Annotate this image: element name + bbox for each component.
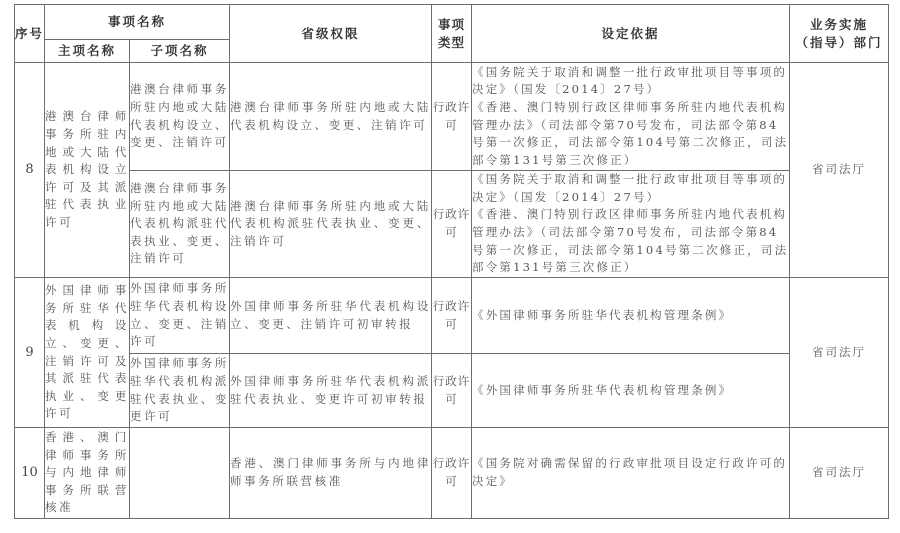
table-row: 港澳台律师事务所驻内地或大陆代表机构派驻代表执业、变更、注销许可 港澳台律师事务… [15, 171, 889, 278]
item-type: 行政许可 [432, 171, 472, 278]
legal-basis: 《外国律师事务所驻华代表机构管理条例》 [472, 354, 790, 428]
col-header-seq: 序号 [15, 5, 45, 63]
item-type: 行政许可 [432, 278, 472, 354]
sub-item-name: 外国律师事务所驻华代表机构设立、变更、注销许可 [130, 278, 230, 354]
legal-basis: 《国务院关于取消和调整一批行政审批项目等事项的决定》（国发〔2014〕27号） … [472, 63, 790, 171]
header-row: 序号 事项名称 省级权限 事项类型 设定依据 业务实施 （指导）部门 [15, 5, 889, 40]
item-type: 行政许可 [432, 428, 472, 519]
main-item-name: 香港、澳门律师事务所与内地律师事务所联营核准 [45, 428, 130, 519]
main-item-name: 港澳台律师事务所驻内地或大陆代表机构设立许可及其派驻代表执业许可 [45, 63, 130, 278]
legal-basis: 《国务院对确需保留的行政审批项目设定行政许可的决定》 [472, 428, 790, 519]
col-header-sub-item: 子项名称 [130, 40, 230, 63]
col-header-provincial-authority: 省级权限 [230, 5, 432, 63]
table-row: 10 香港、澳门律师事务所与内地律师事务所联营核准 香港、澳门律师事务所与内地律… [15, 428, 889, 519]
col-header-item-name: 事项名称 [45, 5, 230, 40]
provincial-authority: 港澳台律师事务所驻内地或大陆代表机构派驻代表执业、变更、注销许可 [230, 171, 432, 278]
legal-basis: 《外国律师事务所驻华代表机构管理条例》 [472, 278, 790, 354]
row-seq: 9 [15, 278, 45, 428]
sub-item-name: 港澳台律师事务所驻内地或大陆代表机构设立、变更、注销许可 [130, 63, 230, 171]
table-row: 8 港澳台律师事务所驻内地或大陆代表机构设立许可及其派驻代表执业许可 港澳台律师… [15, 63, 889, 171]
main-item-name: 外国律师事务所驻华代表机构设立、变更、注销许可及其派驻代表执业、变更许可 [45, 278, 130, 428]
col-header-basis: 设定依据 [472, 5, 790, 63]
sub-item-name [130, 428, 230, 519]
col-header-main-item: 主项名称 [45, 40, 130, 63]
item-type: 行政许可 [432, 63, 472, 171]
provincial-authority: 外国律师事务所驻华代表机构派驻代表执业、变更许可初审转报 [230, 354, 432, 428]
table-row: 9 外国律师事务所驻华代表机构设立、变更、注销许可及其派驻代表执业、变更许可 外… [15, 278, 889, 354]
item-type: 行政许可 [432, 354, 472, 428]
legal-basis: 《国务院关于取消和调整一批行政审批项目等事项的决定》（国发〔2014〕27号） … [472, 171, 790, 278]
provincial-authority: 外国律师事务所驻华代表机构设立、变更、注销许可初审转报 [230, 278, 432, 354]
sub-item-name: 外国律师事务所驻华代表机构派驻代表执业、变更许可 [130, 354, 230, 428]
provincial-authority: 港澳台律师事务所驻内地或大陆代表机构设立、变更、注销许可 [230, 63, 432, 171]
sub-item-name: 港澳台律师事务所驻内地或大陆代表机构派驻代表执业、变更、注销许可 [130, 171, 230, 278]
provincial-authority: 香港、澳门律师事务所与内地律师事务所联营核准 [230, 428, 432, 519]
licensing-items-table: 序号 事项名称 省级权限 事项类型 设定依据 业务实施 （指导）部门 主项名称 … [14, 4, 889, 519]
implementing-dept: 省司法厅 [790, 428, 889, 519]
implementing-dept: 省司法厅 [790, 63, 889, 278]
row-seq: 10 [15, 428, 45, 519]
table-row: 外国律师事务所驻华代表机构派驻代表执业、变更许可 外国律师事务所驻华代表机构派驻… [15, 354, 889, 428]
col-header-item-type: 事项类型 [432, 5, 472, 63]
implementing-dept: 省司法厅 [790, 278, 889, 428]
col-header-dept: 业务实施 （指导）部门 [790, 5, 889, 63]
row-seq: 8 [15, 63, 45, 278]
